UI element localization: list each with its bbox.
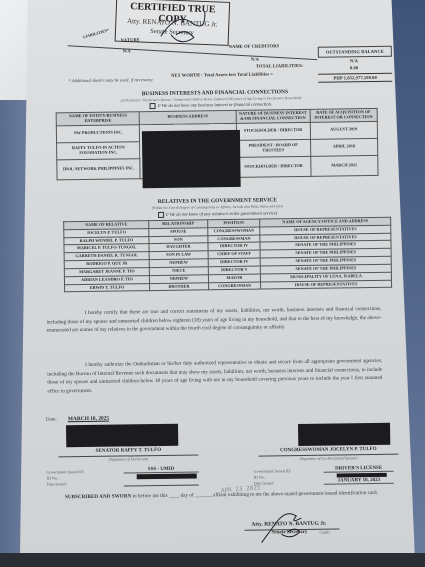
declarant-id-value: SSS - UMID: [124, 466, 199, 473]
liabilities-nature-value: N/A: [123, 48, 131, 53]
additional-sheet-note: * Additional sheet/s may be used, if nec…: [68, 77, 153, 83]
relative-position: CONGRESSMAN: [208, 282, 260, 291]
redacted-declarant-id-no: [137, 473, 197, 479]
authorization-paragraph: I hereby authorize the Ombudsman or his/…: [47, 357, 382, 396]
nature-of-interest: STOCKHOLDER / DIRECTOR: [237, 156, 311, 177]
liabilities-header-balance: OUTSTANDING BALANCE: [319, 49, 391, 55]
saln-document-page: CERTIFIED TRUE COPY Atty. RENATO N. BANT…: [12, 0, 415, 562]
business-none-checkbox[interactable]: [150, 103, 156, 109]
entity-name: RAFFY TULFO IN ACTION FOUNDATION INC.: [57, 141, 141, 159]
relative-name: ERWIN T. TULFO: [65, 283, 150, 292]
entity-name: IDOL NETWORK PHILIPPINES INC.: [57, 158, 141, 179]
redacted-declarant-signature: [66, 424, 178, 448]
declarant-id-no-label: ID No.:: [47, 475, 59, 480]
liabilities-balance-value: N/A: [318, 58, 390, 64]
liabilities-table-line: [68, 45, 318, 60]
certification-text: I hereby certify that these are true and…: [47, 306, 382, 334]
certification-paragraph: I hereby certify that these are true and…: [46, 305, 381, 335]
oath-lead: SUBSCRIBED AND SWORN: [65, 493, 131, 500]
liabilities-section-label: LIABILITIES*: [82, 27, 109, 39]
officer-signature-icon: [251, 504, 312, 545]
redacted-business-address: [142, 130, 241, 188]
officer-suffix: Oaths: [319, 530, 330, 535]
co-declarant-name: CONGRESSWOMAN JOCELYN P. TULFO: [258, 447, 398, 454]
acquisition-date: MARCH 2021: [310, 155, 378, 176]
relative-agency: HOUSE OF REPRESENTATIVES: [261, 280, 392, 290]
net-worth-value: PHP 1,052,977,100.00: [318, 73, 392, 83]
relatives-none-label: I/ We do not know of any relative/s in t…: [166, 210, 277, 217]
declarant-date-issued-line: [124, 484, 199, 486]
liabilities-creditor-value: N/A: [251, 57, 259, 62]
relatives-table: NAME OF RELATIVE RELATIONSHIP POSITION N…: [63, 217, 392, 293]
liabilities-header-nature: NATURE: [121, 37, 140, 42]
declarant-caption: (Signature of Declarant): [58, 455, 198, 462]
liabilities-header-creditors: NAME OF CREDITORS: [229, 43, 280, 49]
total-liabilities-value: 0.00: [318, 65, 390, 71]
signature-scribble-icon: [156, 6, 207, 44]
date-value: MARCH 10, 2025: [68, 416, 109, 423]
co-declarant-date-issued-value: JANUARY 10, 2023: [324, 478, 394, 485]
authorization-text: I hereby authorize the Ombudsman or his/…: [47, 358, 382, 394]
acquisition-date: APRIL 2018: [310, 138, 378, 156]
relative-relationship: BROTHER: [150, 282, 209, 291]
declarant-id-label: Government Issued ID:: [47, 469, 85, 475]
column-header: NAME OF ENTITY/BUSINESS ENTERPRISE: [56, 112, 140, 126]
nature-of-interest: PRESIDENT / BOARD OF TRUSTEES: [236, 139, 310, 157]
declarant-name: SENATOR RAFFY T. TULFO: [58, 447, 198, 454]
date-label: Date:: [46, 417, 57, 422]
net-worth-label: NET WORTH : Total Assets less Total Liab…: [171, 71, 273, 77]
entity-name: NW PRODUCTIONS INC.: [56, 124, 140, 142]
oath-paragraph: SUBSCRIBED AND SWORN to before me this _…: [49, 489, 384, 502]
acquisition-date: AUGUST 2019: [310, 121, 378, 139]
declarant-date-issued-label: Date Issued:: [47, 481, 67, 486]
redacted-co-declarant-id-no: [337, 473, 387, 478]
background-bottom-edge: [0, 553, 425, 567]
column-header: NATURE OF BUSINESS INTEREST &/OR FINANCI…: [236, 109, 310, 123]
co-declarant-id-no-label: ID No.:: [254, 475, 266, 480]
co-declarant-id-label: Government Issued ID:: [254, 468, 292, 474]
column-header: DATE OF ACQUISITION OF INTEREST OR CONNE…: [310, 108, 378, 122]
business-none-label: I/ We do not have any business interest …: [158, 101, 272, 108]
co-declarant-caption: (Signature of Co-Declarant/Spouse): [258, 455, 398, 462]
relatives-none-checkbox[interactable]: [158, 212, 164, 218]
co-declarant-id-value: DRIVER'S LICENSE: [324, 466, 394, 473]
nature-of-interest: STOCKHOLDER / DIRECTOR: [236, 122, 310, 140]
redacted-co-declarant-signature: [298, 423, 390, 446]
total-liabilities-label: TOTAL LIABILITIES:: [256, 63, 303, 69]
outstanding-balance-header-box: OUTSTANDING BALANCE: [318, 46, 392, 58]
